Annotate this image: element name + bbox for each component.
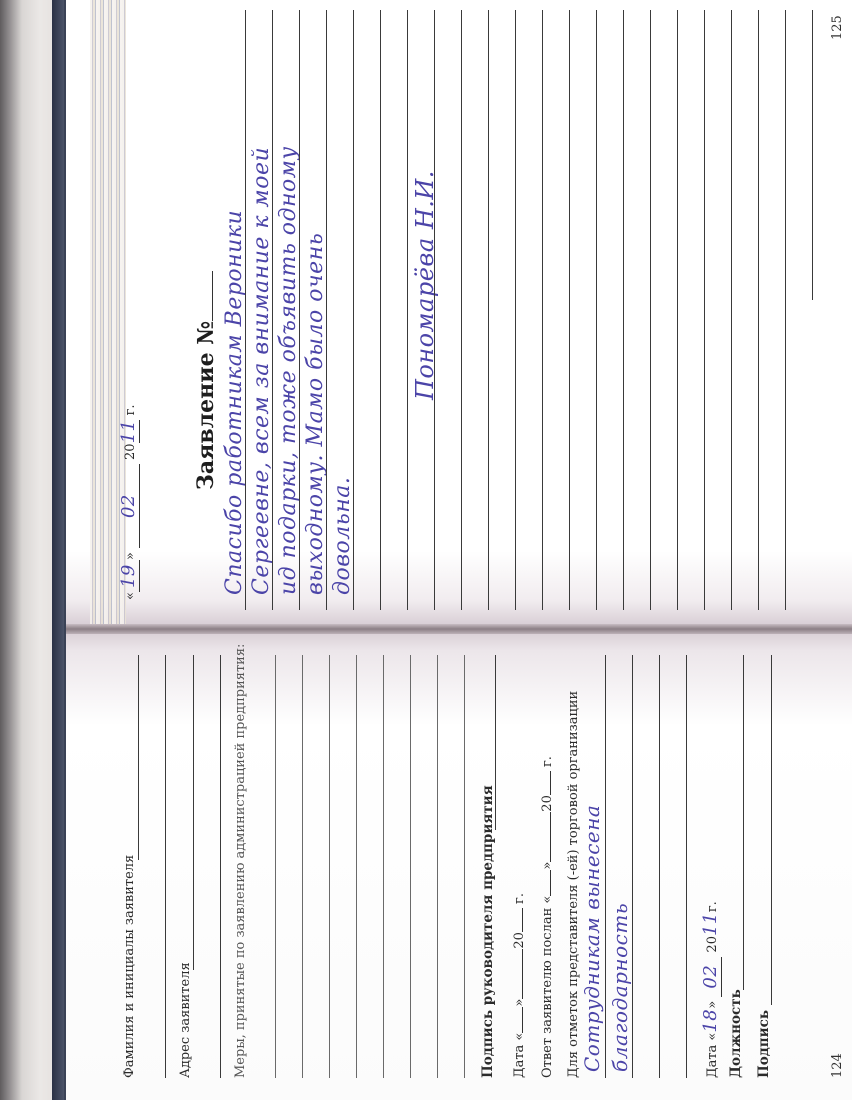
- year-prefix: 20: [512, 932, 527, 949]
- complaint-rule: [731, 10, 732, 610]
- complaint-line-1: Спасибо работникам Вероники: [222, 210, 247, 595]
- complaint-rule: [596, 10, 597, 610]
- measures-line[interactable]: [302, 655, 303, 1078]
- manager-signature-label: Подпись руководителя предприятия: [480, 785, 496, 1078]
- year-suffix: г.: [512, 893, 527, 904]
- complaint-rule: [434, 10, 435, 610]
- representative-note-line-1: Сотрудникам вынесена: [580, 805, 604, 1072]
- complaint-rule: [245, 10, 246, 610]
- quote: «: [123, 592, 138, 600]
- notes-line[interactable]: [605, 655, 606, 1078]
- manager-signature-line[interactable]: [495, 655, 496, 830]
- complaint-rule: [488, 10, 489, 610]
- measures-line[interactable]: [356, 655, 357, 1078]
- complaint-rule: [407, 10, 408, 610]
- year-suffix: г.: [540, 756, 555, 767]
- page-number-125: 125: [830, 15, 845, 40]
- complaint-line-3: ид подарки, тоже объявить одному: [276, 146, 301, 595]
- measures-line[interactable]: [410, 655, 411, 1078]
- notes-line[interactable]: [632, 655, 633, 1078]
- complaint-rule: [704, 10, 705, 610]
- complaint-rule: [380, 10, 381, 610]
- applicant-address-label: Адрес заявителя: [178, 962, 193, 1078]
- complaint-rule: [677, 10, 678, 610]
- complaint-rule: [461, 10, 462, 610]
- applicant-name-line-2[interactable]: [165, 655, 166, 1078]
- page-125: [66, 0, 852, 626]
- signature-line[interactable]: [771, 655, 772, 1005]
- complaint-rule: [623, 10, 624, 610]
- representative-notes-label: Для отметок представителя (-ей) торговой…: [566, 691, 581, 1078]
- applicant-address-line[interactable]: [193, 655, 194, 970]
- representative-note-line-2: благодарность: [608, 903, 632, 1072]
- complaint-rule: [569, 10, 570, 610]
- complaint-rule: [326, 10, 327, 610]
- complaint-rule: [650, 10, 651, 610]
- complaint-rule: [299, 10, 300, 610]
- final-date-field[interactable]: Дата «18» 02 2011г.: [700, 901, 721, 1078]
- reply-sent-label: Ответ заявителю послан «: [540, 896, 555, 1078]
- book-spread: Фамилия и инициалы заявителя Адрес заяви…: [0, 0, 852, 1100]
- complaint-line-4: выходному. Мамо было очень: [303, 233, 328, 595]
- complaint-line-2: Сергеевне, всем за внимание к моей: [249, 147, 274, 595]
- measures-line[interactable]: [437, 655, 438, 1078]
- quote: »: [705, 1001, 720, 1009]
- book-spine: [66, 624, 852, 634]
- complaint-date-year: 11: [118, 420, 140, 444]
- date-label: Дата «: [512, 1033, 527, 1078]
- complaint-rule: [272, 10, 273, 610]
- measures-line[interactable]: [464, 655, 465, 1078]
- page-number-124: 124: [830, 1053, 845, 1078]
- measures-line[interactable]: [383, 655, 384, 1078]
- applicant-name-label: Фамилия и инициалы заявителя: [122, 855, 137, 1078]
- complaint-line-5: довольна.: [330, 477, 355, 595]
- final-date-year: 11: [700, 912, 721, 936]
- book-cover-edge: [52, 0, 64, 1100]
- title-text: Заявление №: [193, 321, 219, 490]
- manager-date-field[interactable]: Дата «»20 г.: [510, 893, 527, 1078]
- complaint-date-day: 19: [118, 560, 140, 592]
- complaint-rule: [785, 10, 786, 610]
- reply-sent-field[interactable]: Ответ заявителю послан «»20 г.: [538, 756, 555, 1078]
- complaint-rule: [353, 10, 354, 610]
- applicant-address-line-2[interactable]: [220, 655, 221, 1078]
- position-line[interactable]: [743, 655, 744, 990]
- final-date-day: 18: [700, 1009, 721, 1033]
- complaint-rule: [812, 10, 813, 300]
- complaint-date-month: 02: [118, 464, 140, 548]
- complaint-title: Заявление №: [192, 271, 219, 490]
- year-prefix: 20: [540, 795, 555, 812]
- complaint-date-field[interactable]: «19» 02 2011 г.: [118, 404, 139, 600]
- complaint-rule: [515, 10, 516, 610]
- measures-line[interactable]: [329, 655, 330, 1078]
- notes-line[interactable]: [659, 655, 660, 1078]
- date-label: Дата «: [705, 1033, 720, 1078]
- quote: »: [540, 862, 555, 870]
- measures-line[interactable]: [275, 655, 276, 1078]
- quote: »: [123, 552, 138, 560]
- applicant-name-line[interactable]: [138, 655, 139, 860]
- measures-label: Меры, принятые по заявлению администраци…: [233, 644, 248, 1078]
- year-suffix: г.: [705, 901, 720, 912]
- year-prefix: 20: [705, 936, 720, 953]
- position-label: Должность: [728, 989, 744, 1078]
- final-date-month: 02: [700, 957, 722, 997]
- year-suffix: г.: [123, 404, 138, 415]
- notes-line[interactable]: [686, 655, 687, 1078]
- year-prefix: 20: [123, 443, 138, 460]
- complaint-rule: [542, 10, 543, 610]
- signature-label: Подпись: [756, 1010, 772, 1078]
- quote: »: [512, 999, 527, 1007]
- complaint-rule: [758, 10, 759, 610]
